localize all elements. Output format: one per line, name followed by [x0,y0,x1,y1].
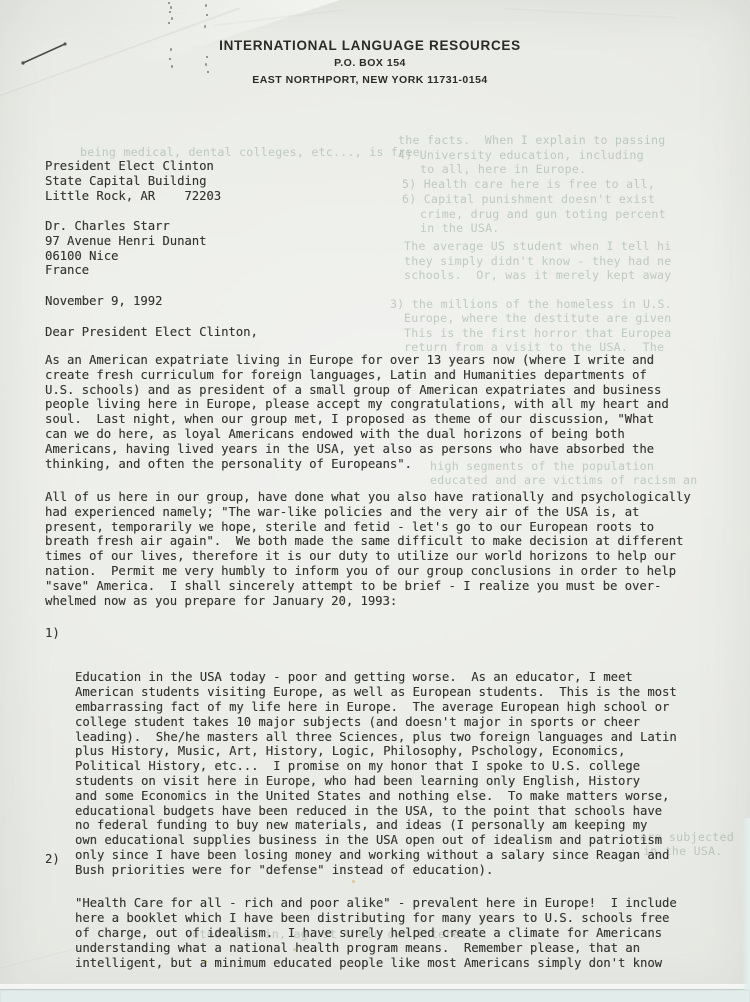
bleed-through-text: 6) Capital punishment doesn't exist [402,192,655,206]
bleed-through-text: the facts. When I explain to passing [398,133,666,147]
scanner-background-right [742,818,750,990]
ink-speck [204,25,206,28]
scanned-letter-page: being medical, dental colleges, etc..., … [0,0,750,1002]
ink-speck [168,2,170,4]
ink-speck [168,22,170,24]
ink-speck [205,4,207,7]
text-line: "save" America. I shall sincerely attemp… [45,579,691,594]
bleed-through-text: 3) the millions of the homeless in U.S. [390,297,672,311]
text-line: embarrassing fact of my life here in Eur… [75,700,677,715]
item-text: Education in the USA today - poor and ge… [75,670,677,877]
text-line: whelmed now as you prepare for January 2… [45,594,691,609]
bleed-through-text: 4) University education, including [398,148,644,162]
letterhead-po-box: P.O. BOX 154 [0,57,740,69]
text-line: 06100 Nice [45,249,206,264]
scanner-background-bottom [0,989,750,1002]
paper-crease [505,7,677,18]
text-line: State Capital Building [45,174,221,189]
text-line: nation. Permit me very humbly to inform … [45,564,691,579]
paper-crease [729,150,731,290]
bleed-through-text: 5) Health care here is free to all, [402,177,655,191]
text-line: no federal funding to buy new materials,… [75,818,677,833]
date-line: November 9, 1992 [45,294,162,309]
text-line: had experienced namely; "The war-like po… [45,505,691,520]
text-line: college student takes 10 major subjects … [75,715,677,730]
text-line: educational budgets have been reduced in… [75,804,677,819]
text-line: Little Rock, AR 72203 [45,189,221,204]
paragraph-2: All of us here in our group, have done w… [45,490,691,608]
text-line: thinking, and often the personality of E… [45,457,669,472]
recipient-address-starr: Dr. Charles Starr97 Avenue Henri Dunant0… [45,219,206,278]
ink-speck [170,6,172,9]
text-line: here a booklet which I have been distrib… [75,911,677,926]
text-line: As an American expatriate living in Euro… [45,353,669,368]
text-line: create fresh curriculum for foreign lang… [45,368,669,383]
item-number: 1) [45,626,60,641]
letterhead-org-name: INTERNATIONAL LANGUAGE RESOURCES [0,38,740,53]
text-line: Political History, etc... I promise on m… [75,759,677,774]
text-line: President Elect Clinton [45,159,221,174]
text-line: students on visit here in Europe, who ha… [75,774,677,789]
text-line: plus History, Music, Art, History, Logic… [75,744,677,759]
text-line: leading). She/he masters all three Scien… [75,730,677,745]
recipient-address-clinton: President Elect ClintonState Capital Bui… [45,159,221,203]
text-line: Americans, having lived years in the USA… [45,442,669,457]
text-line: breath fresh air again". We both made th… [45,534,691,549]
bleed-through-text: to all, here in Europe. [420,162,586,176]
bleed-through-text: The average US student when I tell hi [404,239,672,253]
text-line: and some Economics in the United States … [75,789,677,804]
letterhead: INTERNATIONAL LANGUAGE RESOURCES P.O. BO… [0,38,740,86]
text-line: All of us here in our group, have done w… [45,490,691,505]
item-text: "Health Care for all - rich and poor ali… [75,896,677,970]
letterhead-address: EAST NORTHPORT, NEW YORK 11731-0154 [0,74,740,86]
bleed-through-text: Europe, where the destitute are given [404,311,672,325]
bleed-through-text: This is the first horror that Europea [404,326,672,340]
ink-speck [206,14,208,16]
text-line: intelligent, but a minimum educated peop… [75,956,677,971]
text-line: Dr. Charles Starr [45,219,206,234]
text-line: American students visiting Europe, as we… [75,685,677,700]
item-number: 2) [45,852,60,867]
ink-speck [171,17,173,20]
text-line: people living here in Europe, please acc… [45,397,669,412]
text-line: "Health Care for all - rich and poor ali… [75,896,677,911]
text-line: U.S. schools) and as president of a smal… [45,383,669,398]
text-line: understanding what a national health pro… [75,941,677,956]
text-line: present, temporarily we hope, sterile an… [45,520,691,535]
text-line: soul. Last night, when our group met, I … [45,412,669,427]
ink-speck [169,11,171,13]
numbered-item-2: 2) "Health Care for all - rich and poor … [45,852,677,1000]
bleed-through-text: crime, drug and gun toting percent [420,207,666,221]
bleed-through-text: they simply didn't know - they had ne [404,254,672,268]
bleed-through-text: in the USA. [420,221,500,235]
paragraph-1: As an American expatriate living in Euro… [45,353,669,471]
bleed-through-text: educated and are victims of racism an [430,473,698,487]
text-line: Education in the USA today - poor and ge… [75,670,677,685]
text-line: 97 Avenue Henri Dunant [45,234,206,249]
bleed-through-text: return from a visit to the USA. The [404,340,664,354]
text-line: times of our lives, therefore it is our … [45,549,691,564]
bleed-through-text: being medical, dental colleges, etc..., … [80,145,420,159]
text-line: own educational supplies business in the… [75,833,677,848]
text-line: France [45,263,206,278]
salutation: Dear President Elect Clinton, [45,325,258,340]
bleed-through-text: schools. Or, was it merely kept away [404,268,672,282]
text-line: of charge, out of idealism. I have surel… [75,926,677,941]
text-line: can we do here, as loyal Americans endow… [45,427,669,442]
